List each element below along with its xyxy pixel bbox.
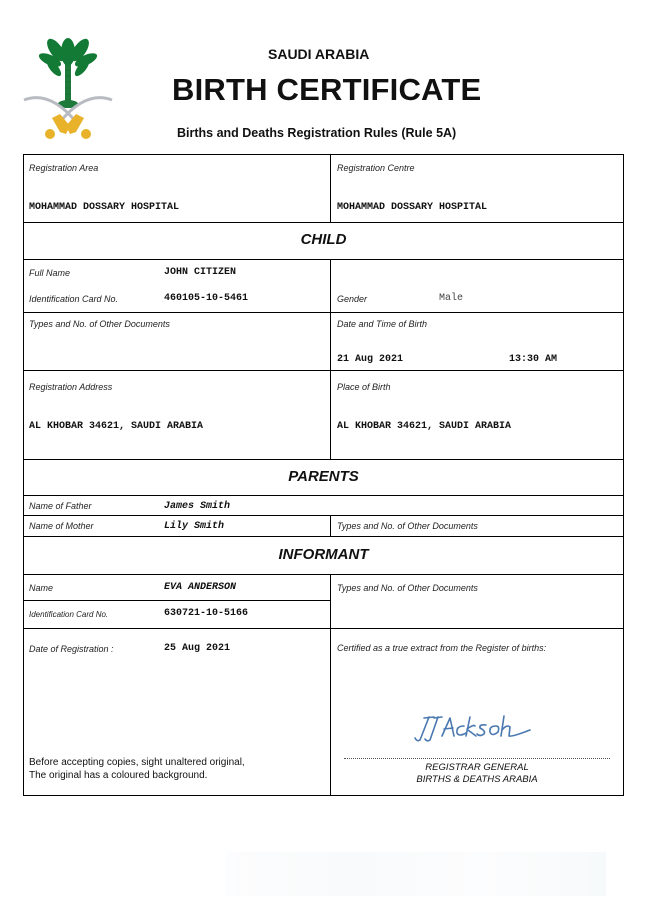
- informant-id-value: 630721-10-5166: [164, 608, 248, 619]
- notice-line-2: The original has a coloured background.: [29, 769, 207, 782]
- informant-id-label: Identification Card No.: [29, 610, 108, 619]
- child-gender-label: Gender: [337, 294, 367, 304]
- registration-centre-label: Registration Centre: [337, 163, 415, 173]
- faint-background-smudge: [226, 852, 606, 896]
- registration-area-label: Registration Area: [29, 163, 98, 173]
- informant-name-value: EVA ANDERSON: [164, 582, 236, 593]
- registrar-title-line-2: BIRTHS & DEATHS ARABIA: [344, 774, 610, 786]
- informant-other-docs-label: Types and No. of Other Documents: [337, 583, 478, 593]
- country-name: SAUDI ARABIA: [268, 46, 369, 62]
- child-dob-date: 21 Aug 2021: [337, 354, 403, 365]
- father-label: Name of Father: [29, 501, 92, 511]
- child-full-name-value: JOHN CITIZEN: [164, 267, 236, 278]
- child-dob-time: 13:30 AM: [509, 354, 557, 365]
- child-gender-value: Male: [439, 293, 463, 304]
- father-value: James Smith: [164, 501, 230, 512]
- certified-label: Certified as a true extract from the Reg…: [337, 643, 546, 653]
- section-title-parents: PARENTS: [24, 468, 623, 485]
- document-title: BIRTH CERTIFICATE: [172, 72, 481, 108]
- child-id-label: Identification Card No.: [29, 294, 118, 304]
- saudi-emblem-icon: [20, 34, 116, 140]
- registrar-title-line-1: REGISTRAR GENERAL: [344, 762, 610, 774]
- document-subtitle: Births and Deaths Registration Rules (Ru…: [177, 126, 456, 140]
- mother-value: Lily Smith: [164, 521, 224, 532]
- registrar-signature: [412, 712, 537, 746]
- child-place-value: AL KHOBAR 34621, SAUDI ARABIA: [337, 421, 511, 432]
- child-other-docs-label: Types and No. of Other Documents: [29, 319, 170, 329]
- registration-area-value: MOHAMMAD DOSSARY HOSPITAL: [29, 202, 179, 213]
- child-reg-address-label: Registration Address: [29, 382, 112, 392]
- registration-centre-value: MOHAMMAD DOSSARY HOSPITAL: [337, 202, 487, 213]
- child-reg-address-value: AL KHOBAR 34621, SAUDI ARABIA: [29, 421, 203, 432]
- parents-other-docs-label: Types and No. of Other Documents: [337, 521, 478, 531]
- notice-line-1: Before accepting copies, sight unaltered…: [29, 756, 245, 769]
- registration-date-label: Date of Registration :: [29, 644, 114, 654]
- child-place-label: Place of Birth: [337, 382, 391, 392]
- mother-label: Name of Mother: [29, 521, 94, 531]
- child-id-value: 460105-10-5461: [164, 293, 248, 304]
- registration-date-value: 25 Aug 2021: [164, 643, 230, 654]
- signature-line: [344, 758, 610, 759]
- section-title-child: CHILD: [24, 231, 623, 248]
- section-title-informant: INFORMANT: [24, 546, 623, 563]
- informant-name-label: Name: [29, 583, 53, 593]
- child-full-name-label: Full Name: [29, 268, 70, 278]
- child-dob-label: Date and Time of Birth: [337, 319, 427, 329]
